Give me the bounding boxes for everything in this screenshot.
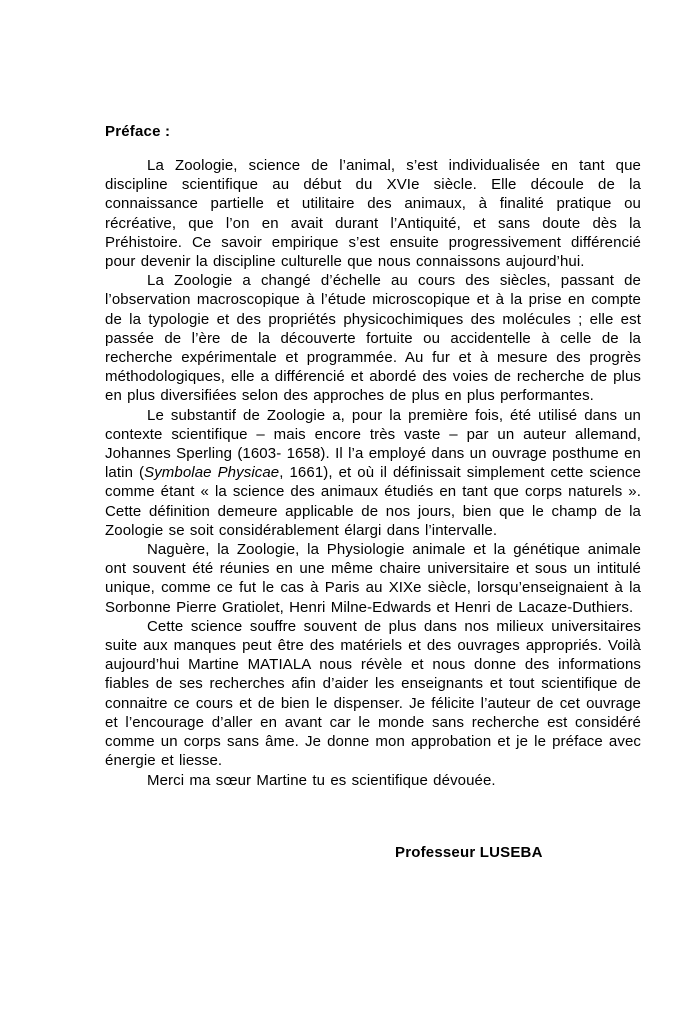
document-page: Préface : La Zoologie, science de l’anim… [105, 122, 641, 862]
preface-heading: Préface : [105, 122, 641, 141]
paragraph-hommage-matiala: Cette science souffre souvent de plus da… [105, 617, 641, 771]
latin-book-title-italic: Symbolae Physicae [144, 464, 279, 481]
closing-line-merci: Merci ma sœur Martine tu es scientifique… [105, 771, 641, 790]
paragraph-chaire-universitaire: Naguère, la Zoologie, la Physiologie ani… [105, 540, 641, 617]
paragraph-changement-echelle: La Zoologie a changé d’échelle au cours … [105, 271, 641, 405]
paragraph-zoologie-individualisee: La Zoologie, science de l’animal, s’est … [105, 156, 641, 271]
signature-professeur: Professeur LUSEBA [395, 843, 641, 862]
paragraph-substantif-zoologie: Le substantif de Zoologie a, pour la pre… [105, 406, 641, 540]
